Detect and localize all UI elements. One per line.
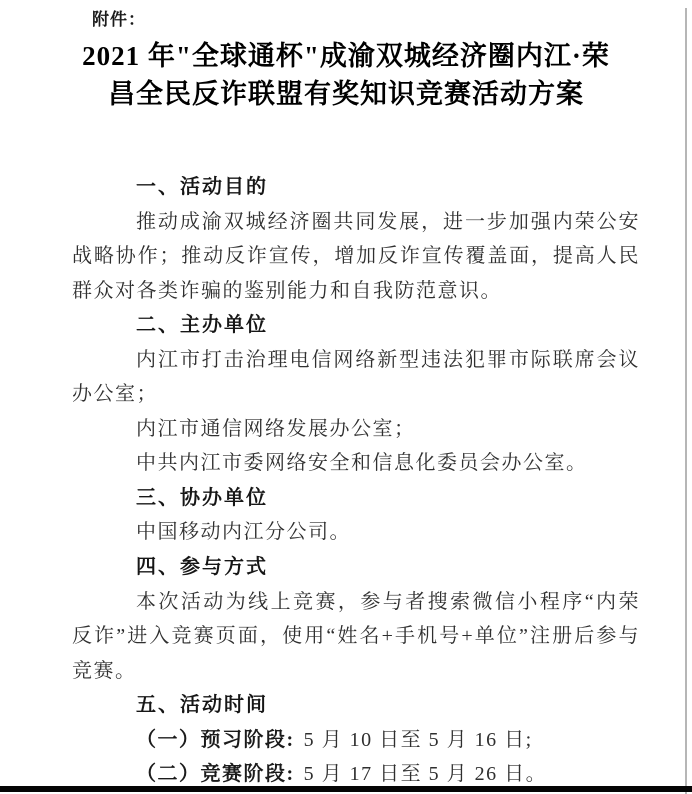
organizer-item-3: 中共内江市委网络安全和信息化委员会办公室。: [72, 446, 640, 481]
co-organizer-item: 中国移动内江分公司。: [72, 515, 640, 550]
section-heading-activity-time: 五、活动时间: [72, 688, 640, 723]
section-heading-co-organizer: 三、协办单位: [72, 481, 640, 516]
participation-paragraph: 本次活动为线上竞赛，参与者搜索微信小程序“内荣反诈”进入竞赛页面，使用“姓名+手…: [72, 585, 640, 689]
schedule-item-preview-stage: （一）预习阶段:5 月 10 日至 5 月 16 日;: [72, 723, 640, 758]
document-title-line-2: 昌全民反诈联盟有奖知识竞赛活动方案: [30, 75, 662, 113]
organizer-item-2: 内江市通信网络发展办公室；: [72, 412, 640, 447]
section-heading-activity-purpose: 一、活动目的: [72, 170, 640, 205]
scan-right-edge-line: [685, 8, 687, 794]
schedule-item-preview-stage-dates: 5 月 10 日至 5 月 16 日;: [304, 729, 533, 751]
schedule-item-preview-stage-label: （一）预习阶段:: [136, 729, 295, 751]
document-title: 2021 年"全球通杯"成渝双城经济圈内江·荣 昌全民反诈联盟有奖知识竞赛活动方…: [30, 37, 662, 113]
attachment-label: 附件：: [92, 5, 146, 30]
scanned-document-page: 附件： 2021 年"全球通杯"成渝双城经济圈内江·荣 昌全民反诈联盟有奖知识竞…: [0, 0, 692, 794]
section-heading-organizers: 二、主办单位: [72, 308, 640, 343]
document-title-line-1: 2021 年"全球通杯"成渝双城经济圈内江·荣: [30, 37, 662, 75]
activity-purpose-paragraph: 推动成渝双城经济圈共同发展，进一步加强内荣公安战略协作；推动反诈宣传，增加反诈宣…: [72, 205, 640, 309]
organizer-item-1: 内江市打击治理电信网络新型违法犯罪市际联席会议办公室；: [72, 343, 640, 412]
document-body: 一、活动目的 推动成渝双城经济圈共同发展，进一步加强内荣公安战略协作；推动反诈宣…: [72, 170, 640, 792]
schedule-item-competition-stage-label: （二）竞赛阶段:: [136, 763, 295, 785]
schedule-item-competition-stage-dates: 5 月 17 日至 5 月 26 日。: [304, 763, 548, 785]
section-heading-participation: 四、参与方式: [72, 550, 640, 585]
scan-bottom-black-bar: [0, 786, 692, 792]
